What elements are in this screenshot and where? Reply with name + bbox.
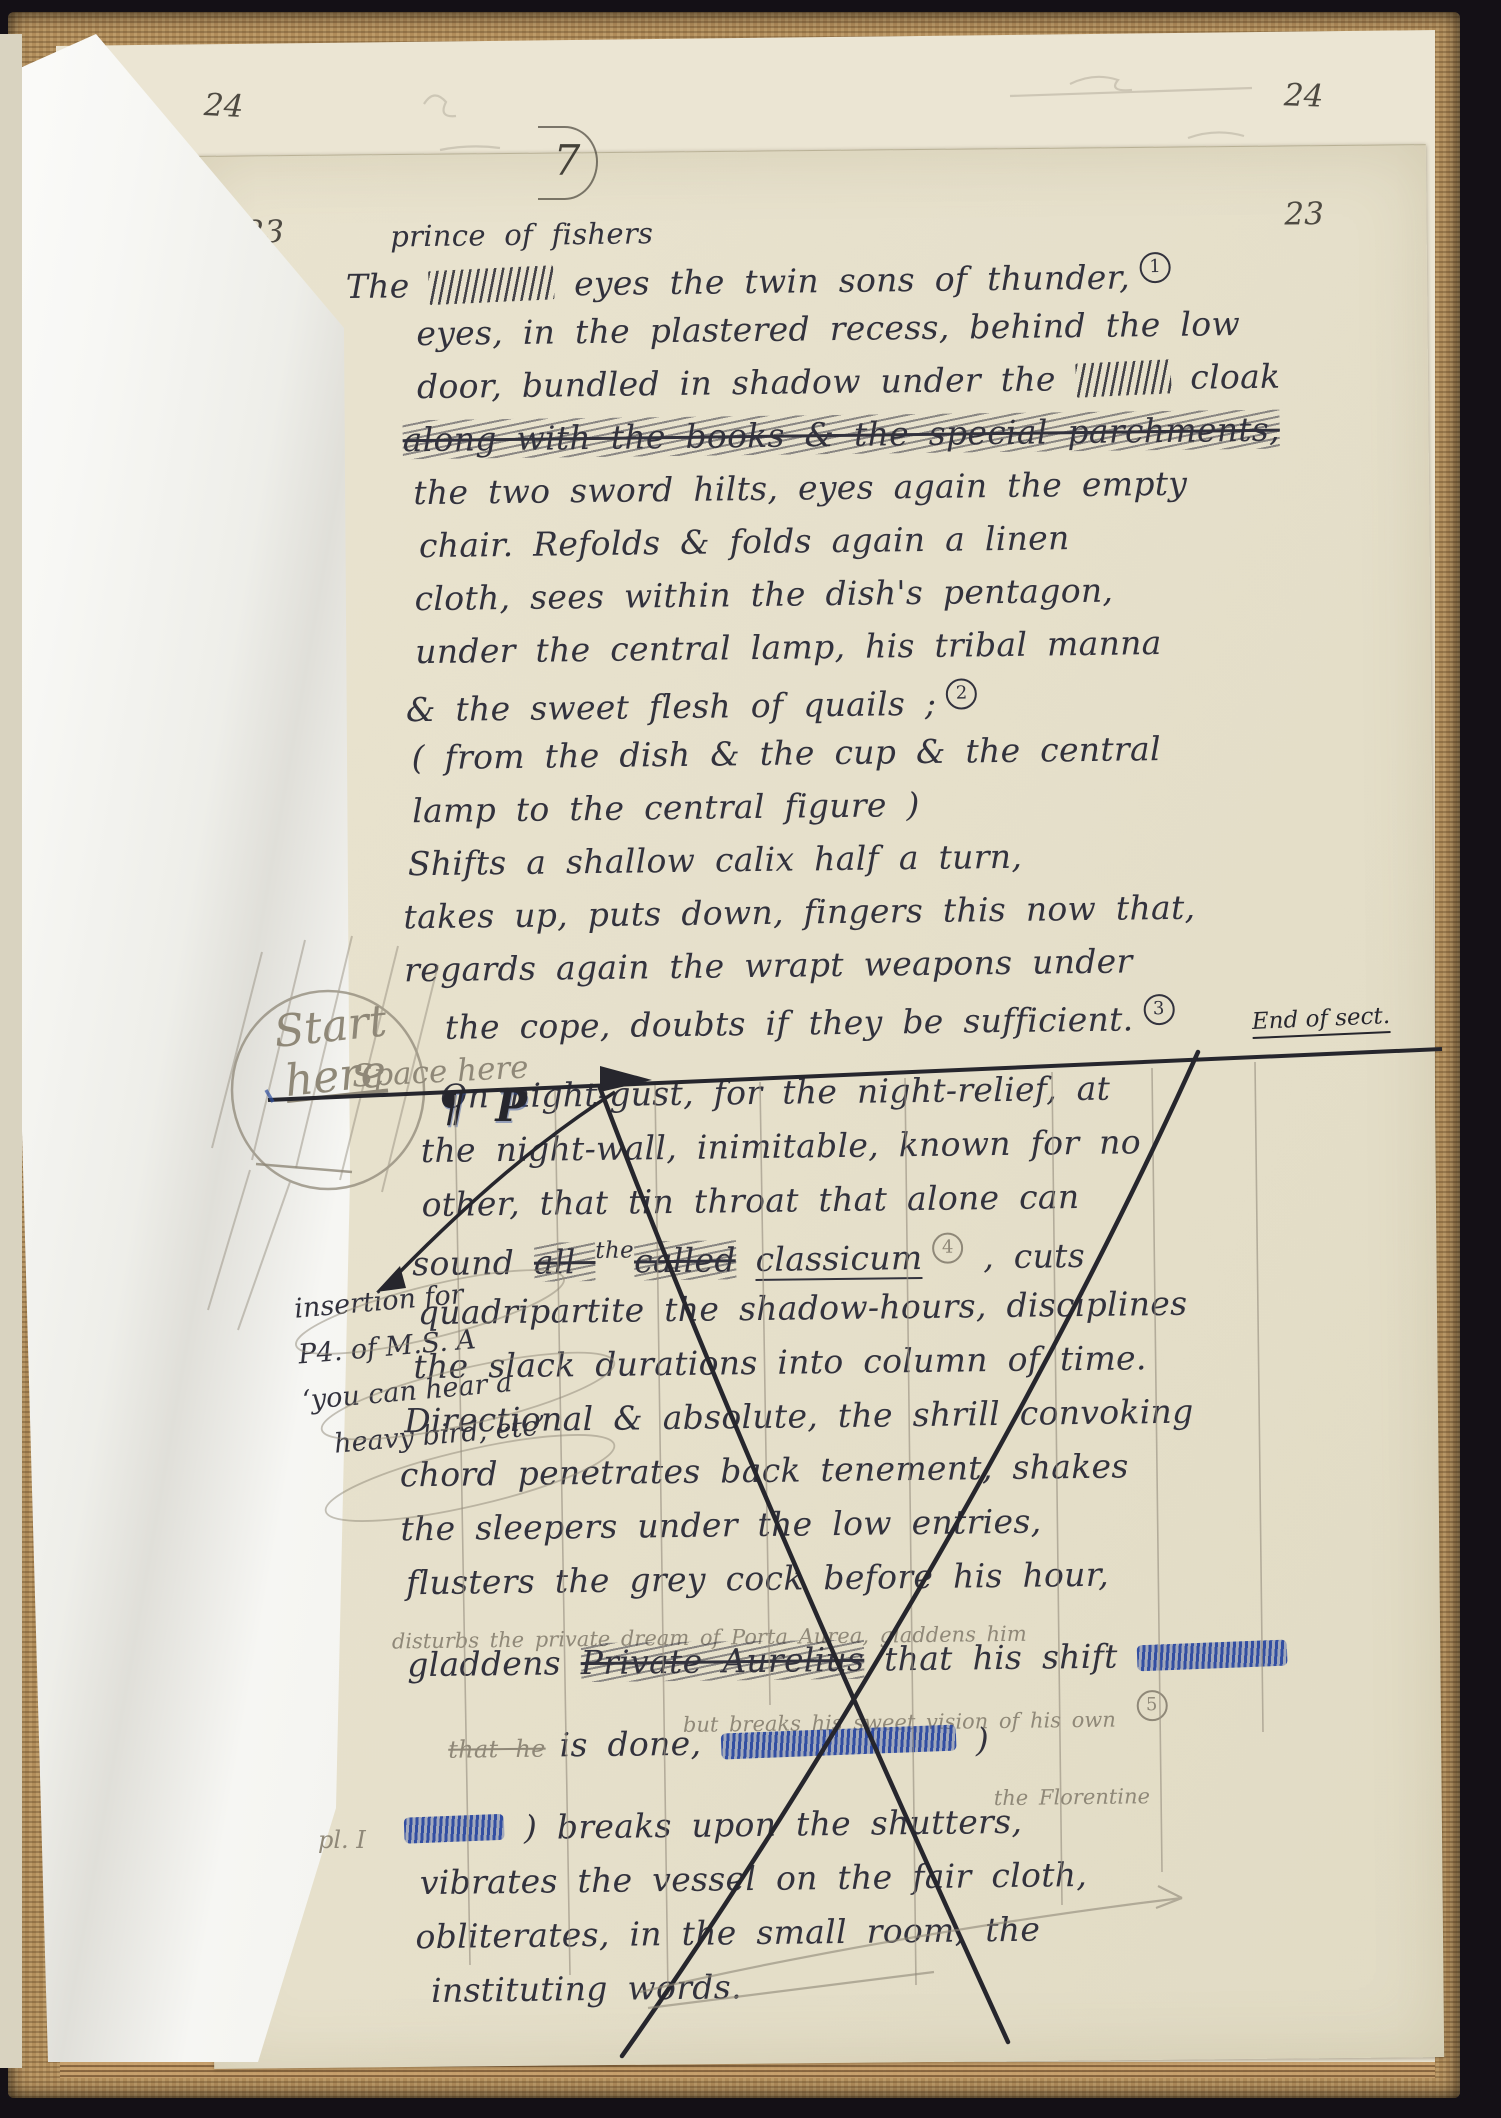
text-segment: cloth, sees within the dish's pentagon, bbox=[414, 571, 1113, 619]
text-segment: takes up, puts down, fingers this now th… bbox=[403, 888, 1195, 937]
circled-number: 2 bbox=[946, 678, 977, 709]
text-segment: the cope, doubts if they be sufficient. bbox=[445, 999, 1134, 1046]
text-segment: chair. Refolds & folds again a linen bbox=[419, 518, 1070, 565]
text-segment: On night-gust, for the night-relief, at bbox=[440, 1069, 1110, 1116]
text-segment: ( from the dish & the cup & the central bbox=[411, 729, 1161, 777]
struck-text: called bbox=[634, 1240, 736, 1280]
text-segment: ) breaks upon the shutters, bbox=[504, 1802, 1022, 1847]
struck-text: that he bbox=[448, 1735, 546, 1764]
struck-text: Private Aurelius bbox=[580, 1640, 864, 1682]
text-segment: gladdens bbox=[407, 1643, 581, 1684]
manuscript-line: the cope, doubts if they be sufficient.3 bbox=[445, 993, 1289, 1056]
blue-ink-scribble bbox=[1137, 1640, 1288, 1672]
text-segment: the sleepers under the low entries, bbox=[400, 1502, 1041, 1549]
leaf-number: 7 bbox=[554, 136, 581, 185]
insertion-note: insertion for P4. of M.S. A ‘you can hea… bbox=[292, 1266, 547, 1470]
text-segment: lamp to the central figure ) bbox=[412, 785, 920, 830]
end-of-sect-annotation: End of sect. bbox=[1251, 1003, 1390, 1039]
plate-mark: pl. I bbox=[318, 1826, 366, 1854]
text-segment: regards again the wrapt weapons under bbox=[404, 941, 1133, 989]
paragraph-marks: ¶ P bbox=[438, 1082, 535, 1131]
notebook-photograph: 24 24 23 23 7 prince of fishersThe eyes … bbox=[0, 0, 1501, 2118]
blue-ink-scribble bbox=[721, 1725, 957, 1760]
struck-text: all bbox=[534, 1242, 596, 1282]
text-segment: other, that tin throat that alone can bbox=[421, 1177, 1079, 1224]
text-segment: flusters the grey cock before his hour, bbox=[406, 1555, 1109, 1603]
text-segment: that his shift bbox=[864, 1636, 1138, 1678]
text-segment: classicum bbox=[755, 1238, 922, 1281]
circled-number: 1 bbox=[1140, 252, 1171, 283]
text-segment: Shifts a shallow calix half a turn, bbox=[408, 837, 1023, 884]
start-here-annotation: Start here bbox=[243, 993, 423, 1110]
circled-number: 3 bbox=[1143, 994, 1174, 1025]
text-segment: eyes the twin sons of thunder, bbox=[554, 257, 1130, 303]
text-segment: under the central lamp, his tribal manna bbox=[415, 623, 1162, 671]
text-segment: obliterates, in the small room, the bbox=[415, 1910, 1040, 1957]
text-segment: cloak bbox=[1170, 357, 1280, 397]
page-edges-left bbox=[0, 34, 22, 2068]
text-segment: , cuts bbox=[963, 1236, 1085, 1276]
manuscript-line: the Florentine bbox=[994, 1771, 1290, 1803]
text-segment: vibrates the vessel on the fair cloth, bbox=[420, 1855, 1088, 1902]
text-segment: the two sword hilts, eyes again the empt… bbox=[413, 464, 1187, 512]
blue-ink-scribble bbox=[404, 1814, 505, 1844]
text-segment: is done, bbox=[559, 1723, 721, 1764]
text-segment: chord penetrates back tenement, shakes bbox=[400, 1446, 1129, 1494]
text-segment: & the sweet flesh of quails ; bbox=[406, 684, 937, 729]
text-segment: prince of fishers bbox=[390, 216, 653, 253]
manuscript-line: instituting words. bbox=[431, 1961, 1292, 2026]
circled-number: 5 bbox=[1136, 1690, 1167, 1721]
text-segment: the bbox=[595, 1237, 634, 1263]
page-number-24-right: 24 bbox=[1283, 77, 1324, 114]
stanza-2: On night-gust, for the night-relief, att… bbox=[345, 1067, 1292, 2026]
inked-out-scribble bbox=[1075, 359, 1171, 397]
text-segment: door, bundled in shadow under the bbox=[417, 359, 1076, 406]
page-number-24-left: 24 bbox=[203, 87, 244, 125]
page-number-23-right: 23 bbox=[1284, 196, 1324, 232]
text-segment: ) bbox=[956, 1720, 989, 1759]
inked-out-scribble bbox=[429, 265, 555, 305]
circled-number: 4 bbox=[932, 1232, 963, 1263]
text-segment: The bbox=[346, 266, 430, 306]
stanza-1: prince of fishersThe eyes the twin sons … bbox=[345, 209, 1289, 1057]
text-segment bbox=[736, 1240, 756, 1279]
text-segment: instituting words. bbox=[431, 1967, 742, 2010]
